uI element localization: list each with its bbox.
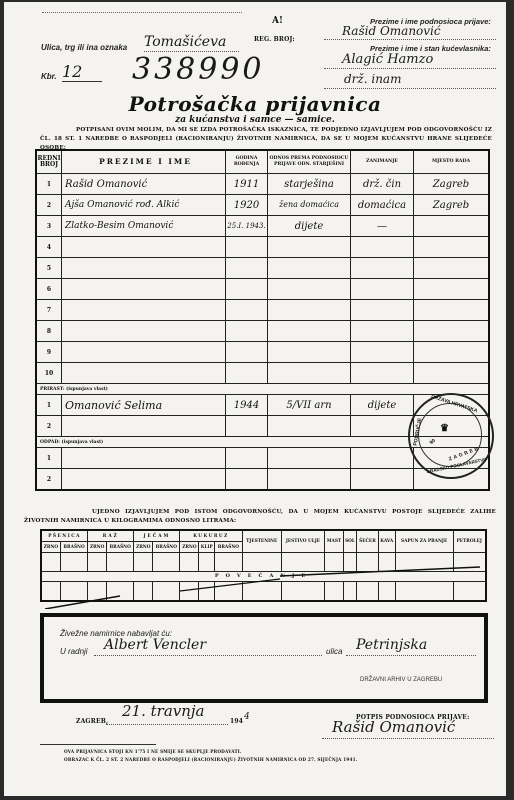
header-year: GODINA ROĐENJA bbox=[226, 150, 268, 174]
shop-label: U radnji bbox=[60, 647, 88, 656]
row-number: 9 bbox=[36, 342, 62, 363]
header-name: PREZIME I IME bbox=[62, 150, 226, 174]
shop-street-label: ulica bbox=[326, 647, 342, 656]
prirast-label: PRIRAST: (ispunjava vlast) bbox=[36, 384, 489, 395]
form-title: Potrošačka prijavnica bbox=[4, 92, 506, 116]
legal-note: OBRAZAC K ČL. 2 ST. 2 NAREDBE O RASPODJE… bbox=[64, 757, 357, 762]
persons-table-header: REDNI BROJ PREZIME I IME GODINA ROĐENJA … bbox=[36, 150, 489, 174]
header-no: REDNI BROJ bbox=[36, 150, 62, 174]
house-number-label: Kbr. bbox=[41, 72, 57, 81]
signature-value: Rašid Omanović bbox=[332, 718, 455, 736]
signature-line bbox=[322, 738, 494, 739]
house-number-line bbox=[62, 81, 102, 82]
street-label: Ulica, trg ili ina oznaka bbox=[41, 43, 127, 52]
official-stamp: DRŽAVA HRVATSKA PODRUČJE ♛ 90 ZAGREB GRA… bbox=[408, 393, 494, 479]
relation: 5/VII arn bbox=[268, 395, 351, 416]
birth-year: 1920 bbox=[226, 195, 268, 216]
person-name bbox=[62, 258, 226, 279]
row-number: 7 bbox=[36, 300, 62, 321]
table-row: 6 bbox=[36, 279, 489, 300]
row-number: 4 bbox=[36, 237, 62, 258]
header-place: MJESTO RADA bbox=[414, 150, 490, 174]
owner-line-2 bbox=[324, 88, 496, 89]
crest-icon: ♛ bbox=[440, 423, 449, 434]
place-label: ZAGREB, bbox=[76, 718, 108, 725]
person-name bbox=[62, 342, 226, 363]
work-place: Zagreb bbox=[414, 174, 490, 195]
row-number: 8 bbox=[36, 321, 62, 342]
row-number: 2 bbox=[36, 195, 62, 216]
owner-value-2: drž. inam bbox=[344, 72, 401, 86]
table-row: 2 bbox=[36, 469, 489, 491]
person-name bbox=[62, 300, 226, 321]
occupation: — bbox=[351, 216, 414, 237]
year-handwritten: 4 bbox=[244, 712, 250, 722]
cross-out-lines bbox=[40, 529, 487, 609]
relation: žena domaćica bbox=[268, 195, 351, 216]
work-place bbox=[414, 216, 490, 237]
form-subtitle: za kućanstva i samce — samice. bbox=[4, 115, 506, 125]
table-row: 4 bbox=[36, 237, 489, 258]
applicant-line bbox=[324, 39, 496, 40]
occupation: domaćica bbox=[351, 195, 414, 216]
row-number: 1 bbox=[36, 395, 62, 416]
reg-number-label: REG. BROJ: bbox=[254, 36, 295, 43]
occupation: dijete bbox=[351, 395, 414, 416]
table-row: 9 bbox=[36, 342, 489, 363]
header-occupation: ZANIMANJE bbox=[351, 150, 414, 174]
table-row: 10 bbox=[36, 363, 489, 384]
prirast-section-header: PRIRAST: (ispunjava vlast) bbox=[36, 384, 489, 395]
shop-box: Živežne namirnice nabavljat ću: U radnji… bbox=[40, 613, 488, 703]
year-prefix: 194 bbox=[230, 718, 243, 725]
birth-year: 25.I. 1943. bbox=[226, 216, 268, 237]
table-row: 2 Ajša Omanović rođ. Alkić 1920 žena dom… bbox=[36, 195, 489, 216]
person-name: Rašid Omanović bbox=[62, 174, 226, 195]
table-row: 5 bbox=[36, 258, 489, 279]
document-page: Ulica, trg ili ina oznaka Tomašićeva Kbr… bbox=[4, 2, 506, 796]
supplies-intro: UJEDNO IZJAVLJUJEM POD ISTOM ODGOVORNOŠĆ… bbox=[24, 508, 496, 526]
person-name bbox=[62, 237, 226, 258]
person-name: Ajša Omanović rođ. Alkić bbox=[62, 195, 226, 216]
row-number: 1 bbox=[36, 174, 62, 195]
person-name: Zlatko-Besim Omanović bbox=[62, 216, 226, 237]
table-row: 7 bbox=[36, 300, 489, 321]
row-number: 5 bbox=[36, 258, 62, 279]
serial-number: 338990 bbox=[132, 52, 265, 87]
birth-year: 1911 bbox=[226, 174, 268, 195]
shop-value: Albert Vencler bbox=[104, 637, 206, 653]
shop-line bbox=[94, 655, 322, 656]
table-row: 1 Rašid Omanović 1911 starješina drž. či… bbox=[36, 174, 489, 195]
birth-year: 1944 bbox=[226, 395, 268, 416]
table-row: 3 Zlatko-Besim Omanović 25.I. 1943. dije… bbox=[36, 216, 489, 237]
occupation: drž. čin bbox=[351, 174, 414, 195]
street-value: Tomašićeva bbox=[144, 34, 244, 50]
owner-value: Alagić Hamzo bbox=[342, 52, 433, 67]
archive-stamp: DRŽAVNI ARHIV U ZAGREBU bbox=[360, 677, 442, 683]
person-name bbox=[62, 279, 226, 300]
row-number: 3 bbox=[36, 216, 62, 237]
row-number: 10 bbox=[36, 363, 62, 384]
shop-street-value: Petrinjska bbox=[356, 637, 427, 653]
person-name: Omanović Selima bbox=[62, 395, 226, 416]
header-relation: ODNOS PREMA PODNOSIOCU PRIJAVE ODN. STAR… bbox=[268, 150, 351, 174]
row-number: 2 bbox=[36, 469, 62, 491]
row-number: 2 bbox=[36, 416, 62, 437]
notes-divider bbox=[40, 744, 156, 745]
date-value: 21. travnja bbox=[122, 702, 205, 720]
date-line bbox=[106, 724, 228, 725]
row-number: 1 bbox=[36, 448, 62, 469]
top-dotted-line bbox=[42, 12, 242, 14]
owner-line bbox=[324, 68, 496, 69]
relation: starješina bbox=[268, 174, 351, 195]
price-note: OVA PRIJAVNICA STOJI KN 1'75 I NE SMIJE … bbox=[64, 749, 242, 754]
person-name bbox=[62, 321, 226, 342]
applicant-value: Rašid Omanović bbox=[342, 24, 441, 38]
work-place: Zagreb bbox=[414, 195, 490, 216]
row-number: 6 bbox=[36, 279, 62, 300]
house-number-value: 12 bbox=[62, 62, 82, 81]
table-row: 8 bbox=[36, 321, 489, 342]
person-name bbox=[62, 363, 226, 384]
relation: dijete bbox=[268, 216, 351, 237]
mark-a: A! bbox=[272, 16, 283, 26]
shop-street-line bbox=[346, 655, 476, 656]
